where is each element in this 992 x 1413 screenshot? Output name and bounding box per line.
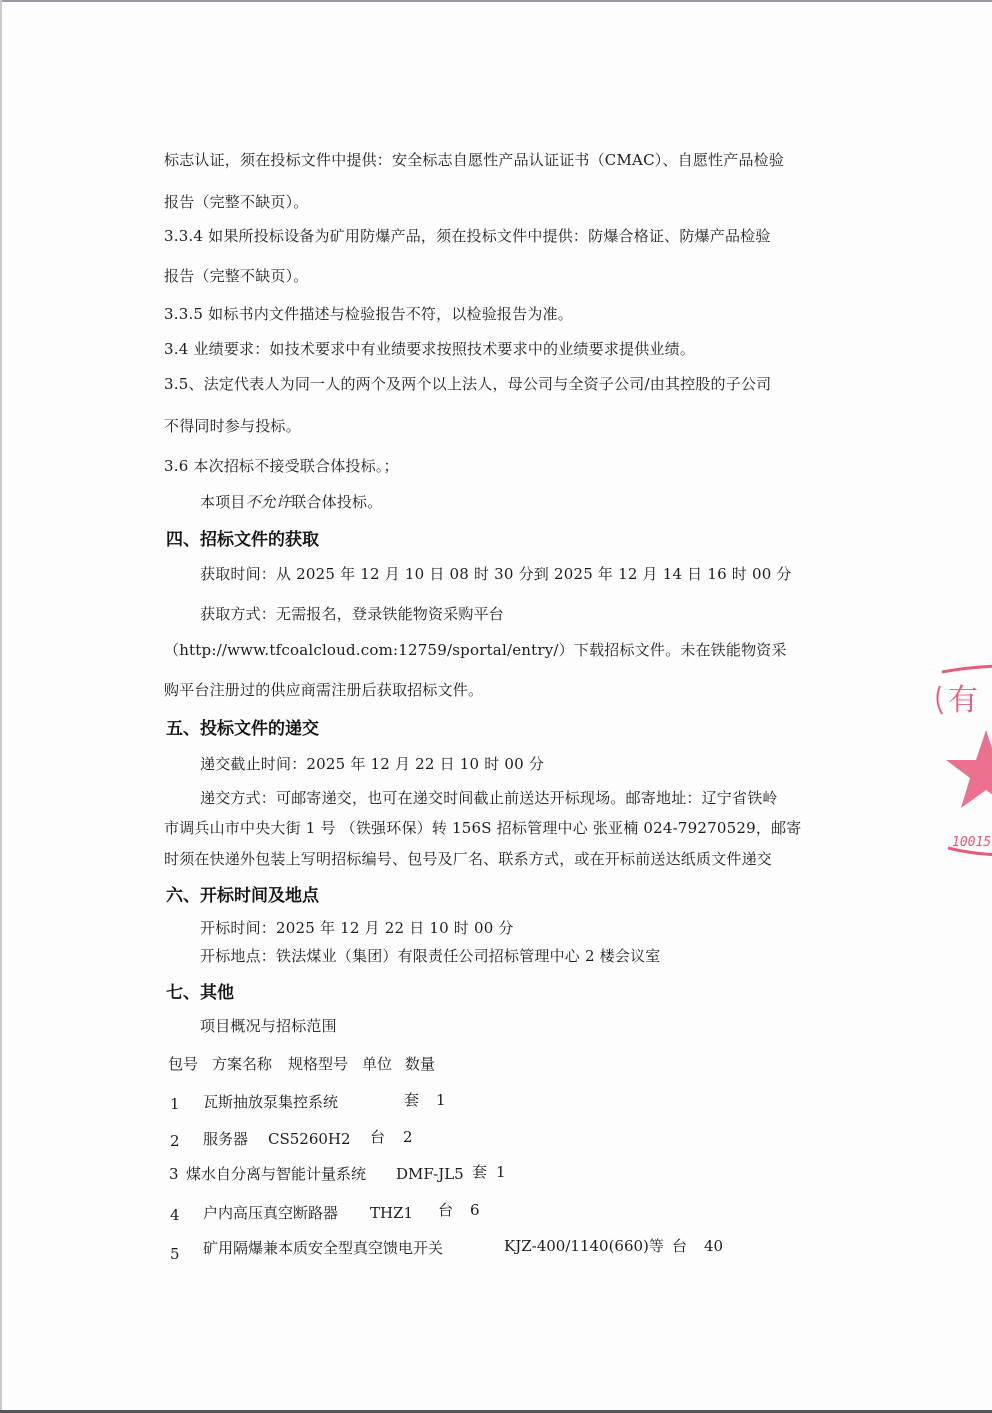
section-5-heading: 五、投标文件的递交 [166,718,319,740]
row-1-qty: 1 [436,1090,446,1110]
page-edge-left [0,0,2,1413]
row-4-unit: 台 [438,1200,453,1220]
row-4-model: THZ1 [370,1203,413,1223]
paragraph-3-4: 3.4 业绩要求：如技术要求中有业绩要求按照技术要求中的业绩要求提供业绩。 [164,339,695,359]
row-1-unit: 套 [404,1090,419,1110]
page-edge-top [0,0,992,2]
row-1-no: 1 [170,1094,180,1114]
section-7-scope-title: 项目概况与招标范围 [200,1016,337,1036]
section-4-heading: 四、招标文件的获取 [166,529,319,551]
row-3-unit: 套 [472,1162,487,1182]
row-5-unit: 台 [672,1236,687,1256]
section-4-register-line: 购平台注册过的供应商需注册后获取招标文件。 [164,680,483,700]
section-4-acquire-time: 获取时间：从 2025 年 12 月 10 日 08 时 30 分到 2025 … [200,564,792,584]
paragraph-3-3-4-line-1: 3.3.4 如果所投标设备为矿用防爆产品，须在投标文件中提供：防爆合格证、防爆产… [164,226,771,246]
paragraph-3-3-5: 3.3.5 如标书内文件描述与检验报告不符，以检验报告为准。 [164,304,573,324]
row-4-no: 4 [170,1205,180,1225]
section-5-method-line-3: 时须在快递外包装上写明招标编号、包号及厂名、联系方式，或在开标前送达纸质文件递交 [164,849,772,869]
consortium-note-suffix: 联合体投标。 [291,493,382,511]
paragraph-3-5-line-2: 不得同时参与投标。 [164,416,301,436]
section-5-method-line-1: 递交方式：可邮寄递交，也可在递交时间截止前送达开标现场。邮寄地址：辽宁省铁岭 [200,788,778,808]
section-7-heading: 七、其他 [166,982,234,1004]
row-5-qty: 40 [704,1236,723,1256]
section-4-acquire-method: 获取方式：无需报名，登录铁能物资采购平台 [200,604,504,624]
paragraph-3-6: 3.6 本次招标不接受联合体投标。； [164,456,399,476]
header-scheme-name: 方案名称 [212,1054,272,1074]
row-2-model: CS5260H2 [268,1129,351,1149]
paragraph-cert-line-2: 报告（完整不缺页）。 [164,192,309,212]
svg-text:10015: 10015 [952,835,991,850]
section-6-open-location: 开标地点：铁法煤业（集团）有限责任公司招标管理中心 2 楼会议室 [200,946,660,966]
row-2-qty: 2 [403,1127,413,1147]
paragraph-3-3-4-line-2: 报告（完整不缺页）。 [164,266,309,286]
row-3-qty: 1 [496,1162,506,1182]
header-model: 规格型号 [288,1054,348,1074]
consortium-note-emphasis: 不允许 [246,493,292,511]
row-3-no: 3 [169,1164,179,1184]
svg-text:有: 有 [948,683,978,718]
paragraph-3-5-line-1: 3.5、法定代表人为同一人的两个及两个以上法人，母公司与全资子公司/由其控股的子… [164,374,771,394]
header-quantity: 数量 [405,1054,435,1074]
row-2-name: 服务器 [203,1129,248,1149]
row-5-name: 矿用隔爆兼本质安全型真空馈电开关 [203,1238,443,1258]
section-5-method-line-2: 市调兵山市中央大街 1 号 （铁强环保）转 156S 招标管理中心 张亚楠 02… [164,818,801,838]
consortium-note-prefix: 本项目 [200,493,246,511]
section-5-deadline: 递交截止时间：2025 年 12 月 22 日 10 时 00 分 [200,754,544,774]
company-seal: 有 10015 [936,650,992,870]
row-3-name: 煤水自分离与智能计量系统 [186,1164,366,1184]
row-2-no: 2 [170,1131,180,1151]
paragraph-cert-line-1: 标志认证，须在投标文件中提供：安全标志自愿性产品认证证书（CMAC）、自愿性产品… [164,150,784,170]
row-4-name: 户内高压真空断路器 [203,1203,338,1223]
section-4-url-line: （http://www.tfcoalcloud.com:12759/sporta… [164,640,787,660]
header-package-no: 包号 [168,1054,198,1074]
seal-stamp-icon: 有 10015 [936,650,992,870]
section-6-open-time: 开标时间：2025 年 12 月 22 日 10 时 00 分 [200,918,514,938]
row-1-name: 瓦斯抽放泵集控系统 [203,1092,338,1112]
consortium-note: 本项目不允许联合体投标。 [200,492,382,512]
row-5-no: 5 [170,1244,180,1264]
row-3-model: DMF-JL5 [396,1164,464,1184]
section-6-heading: 六、开标时间及地点 [166,885,319,907]
header-unit: 单位 [362,1054,392,1074]
row-2-unit: 台 [370,1127,385,1147]
row-5-model: KJZ-400/1140(660)等 [504,1236,664,1256]
row-4-qty: 6 [470,1200,480,1220]
